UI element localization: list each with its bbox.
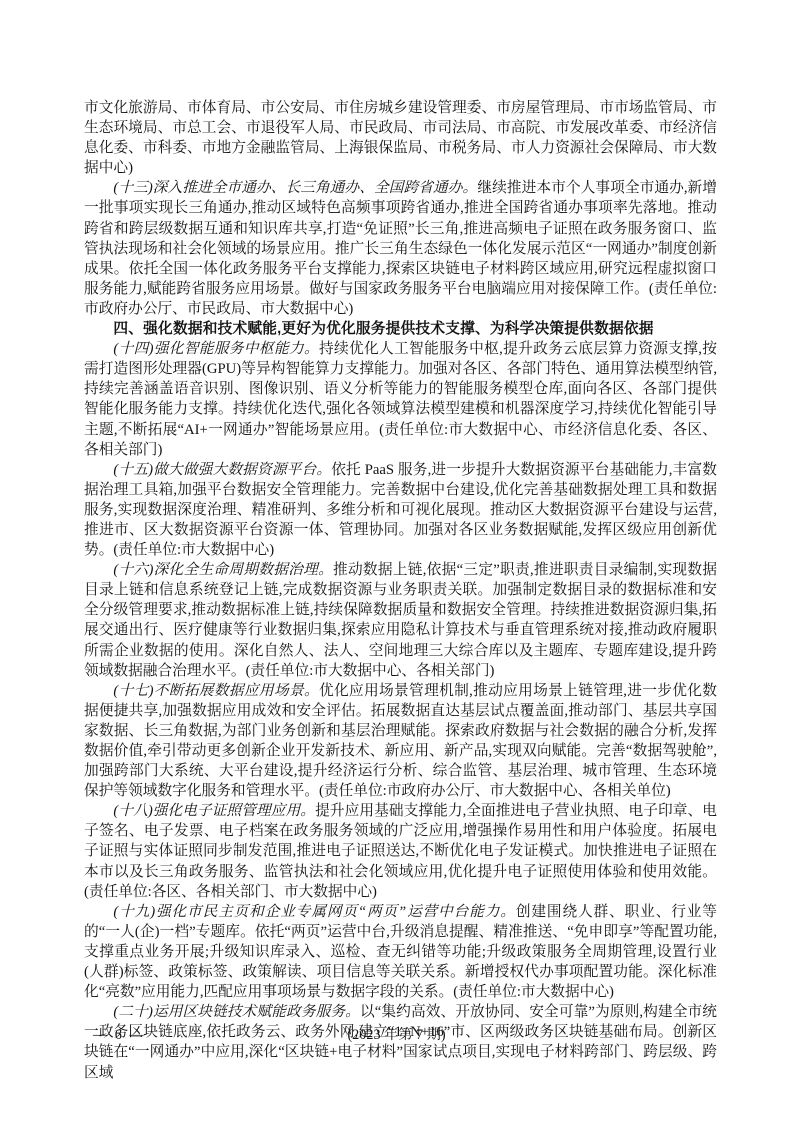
document-body: 市文化旅游局、市体育局、市公安局、市住房城乡建设管理委、市房屋管理局、市市场监管… — [84, 98, 717, 1083]
paragraph-item-16: (十六)深化全生命周期数据治理。推动数据上链,依据“三定”职责,推进职责目录编制… — [84, 560, 717, 681]
paragraph-item-17-text: 优化应用场景管理机制,推动应用场景上链管理,进一步优化数据便捷共享,加强数据应用… — [84, 683, 717, 799]
paragraph-continuation: 市文化旅游局、市体育局、市公安局、市住房城乡建设管理委、市房屋管理局、市市场监管… — [84, 98, 717, 178]
paragraph-item-14-lead: (十四)强化智能服务中枢能力。 — [113, 341, 319, 357]
paragraph-item-19-lead: (十九)强化市民主页和企业专属网页“两页”运营中台能力。 — [113, 904, 515, 920]
paragraph-item-14-text: 持续优化人工智能服务中枢,提升政务云底层算力资源支撑,按需打造图形处理器(GPU… — [84, 341, 717, 457]
paragraph-item-20-lead: (二十)运用区块链技术赋能政务服务。 — [113, 1004, 360, 1020]
paragraph-item-19: (十九)强化市民主页和企业专属网页“两页”运营中台能力。创建围绕人群、职业、行业… — [84, 902, 717, 1002]
paragraph-item-15: (十五)做大做强大数据资源平台。依托 PaaS 服务,进一步提升大数据资源平台基… — [84, 460, 717, 560]
document-page: 市文化旅游局、市体育局、市公安局、市住房城乡建设管理委、市房屋管理局、市市场监管… — [0, 0, 793, 1122]
page-footer: — 6 — (2023 年第 7 期) — [0, 1024, 793, 1046]
issue-label: (2023 年第 7 期) — [0, 1024, 793, 1046]
paragraph-item-17-lead: (十七)不断拓展数据应用场景。 — [113, 683, 319, 699]
section-heading-4-text: 四、强化数据和技术赋能,更好为优化服务提供技术支撑、为科学决策提供数据依据 — [113, 321, 653, 337]
paragraph-item-15-lead: (十五)做大做强大数据资源平台。 — [113, 462, 331, 478]
paragraph-item-18-lead: (十八)强化电子证照管理应用。 — [113, 803, 315, 819]
paragraph-item-16-text: 推动数据上链,依据“三定”职责,推进职责目录编制,实现数据目录上链和信息系统登记… — [84, 562, 717, 678]
paragraph-item-18: (十八)强化电子证照管理应用。提升应用基础支撑能力,全面推进电子营业执照、电子印… — [84, 801, 717, 901]
paragraph-continuation-text: 市文化旅游局、市体育局、市公安局、市住房城乡建设管理委、市房屋管理局、市市场监管… — [84, 100, 717, 176]
paragraph-item-17: (十七)不断拓展数据应用场景。优化应用场景管理机制,推动应用场景上链管理,进一步… — [84, 681, 717, 802]
paragraph-item-14: (十四)强化智能服务中枢能力。持续优化人工智能服务中枢,提升政务云底层算力资源支… — [84, 339, 717, 460]
paragraph-item-16-lead: (十六)深化全生命周期数据治理。 — [113, 562, 333, 578]
paragraph-item-13-text: 继续推进本市个人事项全市通办,新增一批事项实现长三角通办,推动区域特色高频事项跨… — [84, 180, 717, 317]
paragraph-item-13-lead: (十三)深入推进全市通办、长三角通办、全国跨省通办。 — [113, 180, 477, 196]
section-heading-4: 四、强化数据和技术赋能,更好为优化服务提供技术支撑、为科学决策提供数据依据 — [84, 319, 717, 339]
paragraph-item-13: (十三)深入推进全市通办、长三角通办、全国跨省通办。继续推进本市个人事项全市通办… — [84, 178, 717, 319]
